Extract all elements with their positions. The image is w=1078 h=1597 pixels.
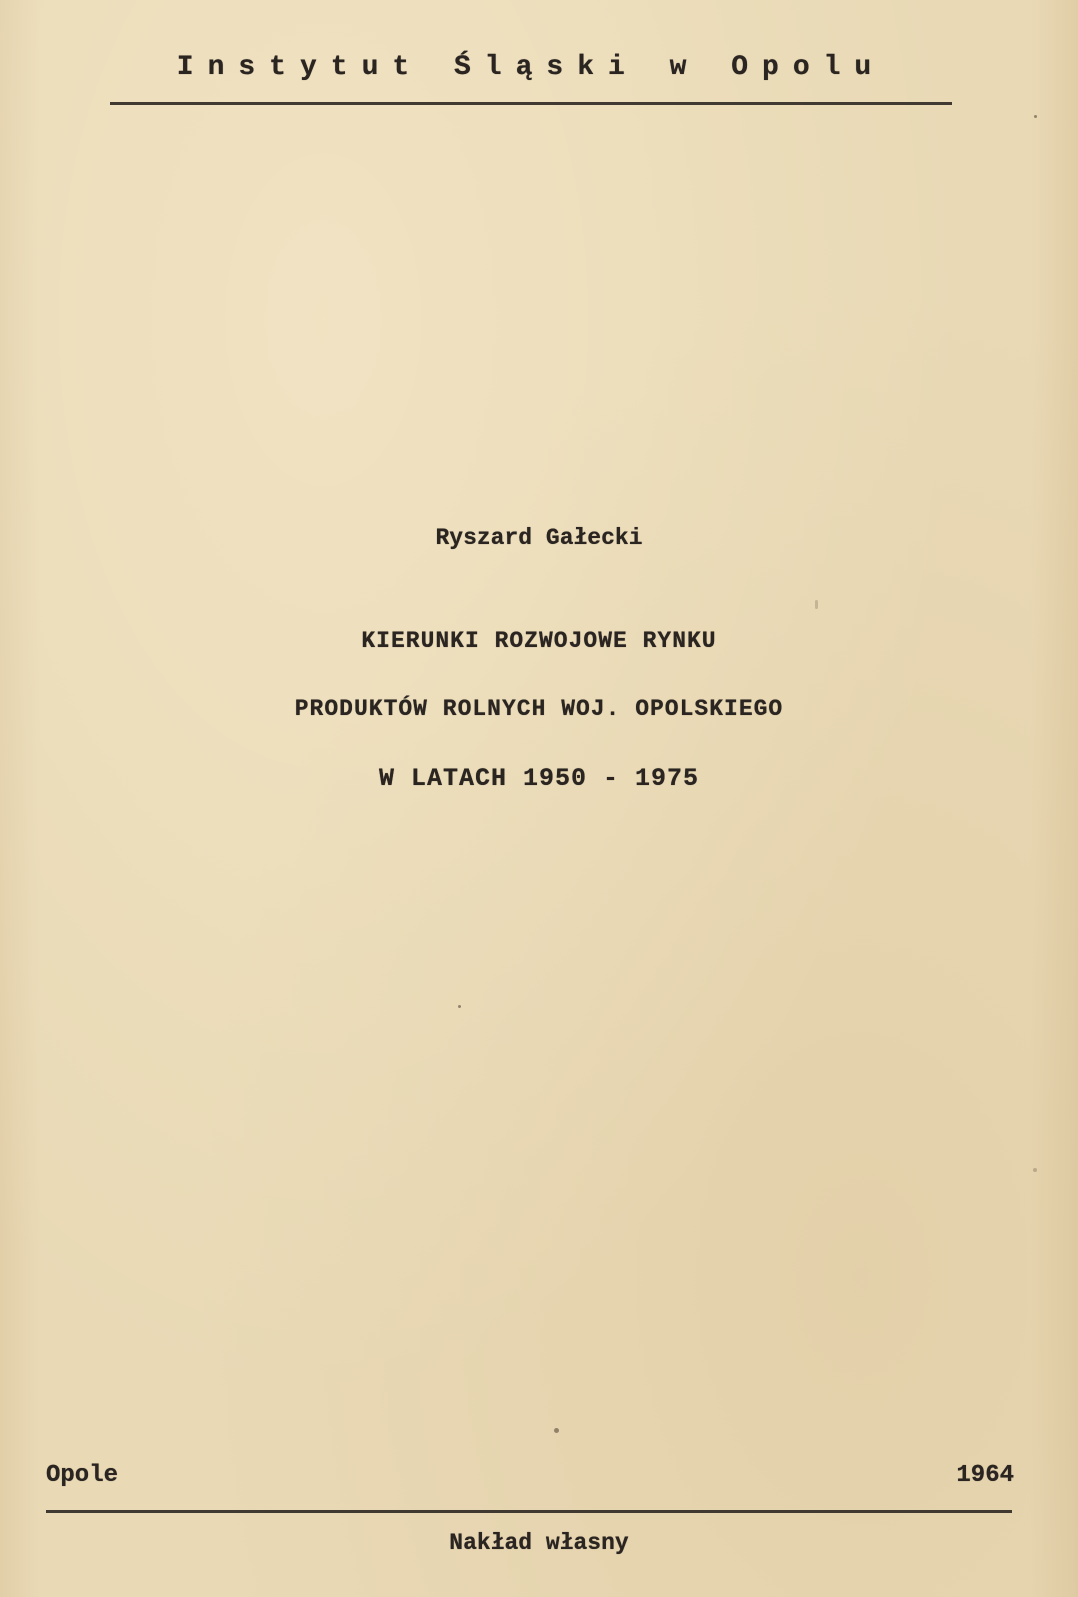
footer-divider <box>46 1510 1012 1513</box>
publication-place: Opole <box>46 1462 118 1489</box>
paper-speck <box>815 600 818 609</box>
author-name: Ryszard Gałecki <box>0 525 1078 551</box>
title-line-3: W LATACH 1950 - 1975 <box>0 764 1078 793</box>
paper-speck <box>554 1428 559 1433</box>
title-line-1: KIERUNKI ROZWOJOWE RYNKU <box>0 628 1078 654</box>
edition-note: Nakład własny <box>0 1530 1078 1556</box>
header-divider <box>110 102 952 105</box>
paper-speck <box>1034 115 1037 118</box>
paper-speck <box>1033 1168 1037 1172</box>
title-line-2: PRODUKTÓW ROLNYCH WOJ. OPOLSKIEGO <box>0 696 1078 722</box>
publication-year: 1964 <box>956 1462 1014 1489</box>
paper-speck <box>458 1005 461 1008</box>
institution-header: Instytut Śląski w Opolu <box>110 52 952 83</box>
